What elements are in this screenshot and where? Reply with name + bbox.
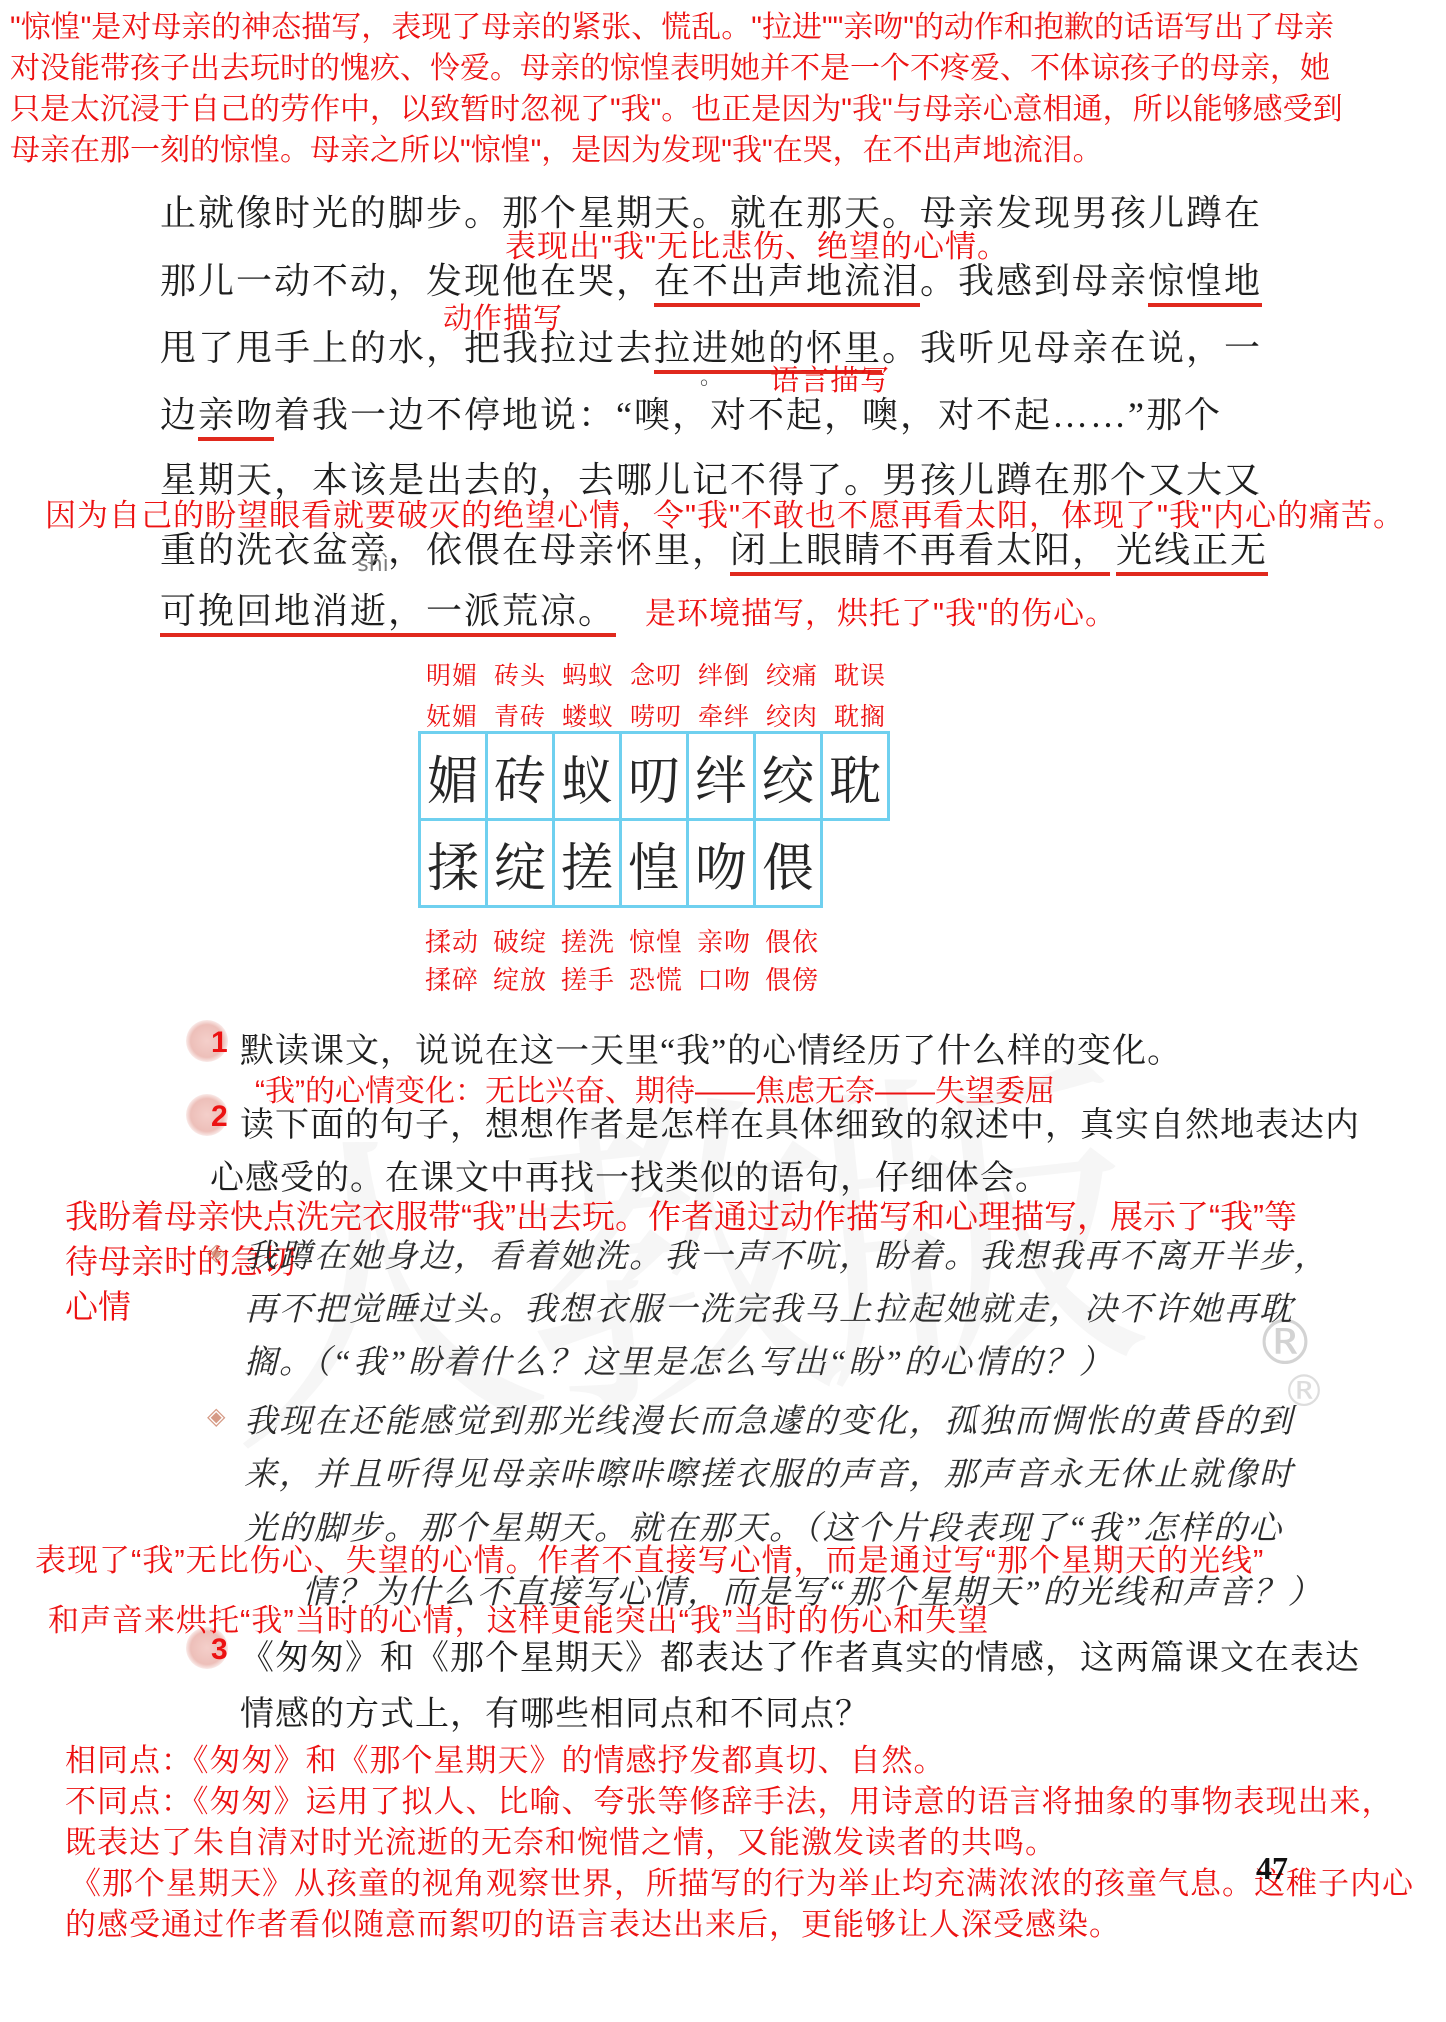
word: 耽搁 [826, 697, 894, 733]
word: 搓手 [554, 960, 622, 997]
passage-line: 可挽回地消逝，一派荒凉。 [160, 583, 616, 634]
passage-text: 甩了甩手上的水，把我拉过去 [160, 328, 654, 368]
grid-cell: 揉 [418, 818, 488, 908]
word: 绞痛 [758, 656, 826, 692]
passage-text: 那儿一动不动，发现他在哭， [160, 261, 654, 301]
underlined-text: 亲吻 [198, 395, 274, 441]
underlined-text: 在不出声地流泪 [654, 261, 920, 307]
excerpt-1-line: 我蹲在她身边，看着她洗。我一声不吭，盼着。我想我再不离开半步， [244, 1230, 1329, 1277]
word: 破绽 [486, 922, 554, 959]
grid-cell: 绞 [753, 731, 823, 821]
answer-3-line: 相同点：《匆匆》和《那个星期天》的情感抒发都真切、自然。 [65, 1735, 946, 1780]
underlined-text: 闭上眼睛不再看太阳， [730, 530, 1110, 576]
excerpt-1-line: 搁。（“我”盼着什么？这里是怎么写出“盼”的心情的？） [244, 1336, 1114, 1383]
character-grid-row-1: 媚砖蚁叨绊绞耽 [418, 731, 887, 821]
question-3-text: 情感的方式上，有哪些相同点和不同点？ [240, 1686, 870, 1735]
answer-3-line: 既表达了朱自清对时光流逝的无奈和惋惜之情，又能激发读者的共鸣。 [65, 1817, 1057, 1862]
annotation-excerpt-2: 和声音来烘托“我”当时的心情，这样更能突出“我”当时的伤心和失望 [48, 1595, 989, 1640]
word: 口吻 [690, 960, 758, 997]
character-grid-row-2: 揉绽搓惶吻偎 [418, 818, 820, 908]
question-2-number: 2 [211, 1100, 228, 1134]
passage-line: 重的洗衣盆旁，依偎在母亲怀里，闭上眼睛不再看太阳，光线正无 [160, 522, 1268, 573]
pinyin-shi: shì [352, 552, 394, 577]
word: 砖头 [486, 656, 554, 692]
question-1-text: 默读课文，说说在这一天里“我”的心情经历了什么样的变化。 [240, 1023, 1182, 1072]
passage-line: 那儿一动不动，发现他在哭，在不出声地流泪。我感到母亲惊惶地 [160, 253, 1262, 304]
grid-cell: 搓 [552, 818, 622, 908]
grid-cell: 砖 [485, 731, 555, 821]
grid-cell: 蚁 [552, 731, 622, 821]
answer-3-line: 的感受通过作者看似随意而絮叨的语言表达出来后，更能够让人深受感染。 [65, 1899, 1121, 1944]
word: 恐慌 [622, 960, 690, 997]
word-row-bottom-2: 揉碎绽放搓手恐慌口吻偎傍 [418, 960, 826, 997]
word: 妩媚 [418, 697, 486, 733]
excerpt-2-line: 我现在还能感觉到那光线漫长而急遽的变化，孤独而惆怅的黄昏的到 [244, 1395, 1294, 1442]
answer-3-line: 《那个星期天》从孩童的视角观察世界，所描写的行为举止均充满浓浓的孩童气息。这稚子… [70, 1858, 1414, 1903]
grid-cell: 媚 [418, 731, 488, 821]
word: 绞肉 [758, 697, 826, 733]
word: 绊倒 [690, 656, 758, 692]
word: 耽误 [826, 656, 894, 692]
grid-cell: 叨 [619, 731, 689, 821]
annotation-excerpt-2: 表现了“我”无比伤心、失望的心情。作者不直接写心情，而是通过写“那个星期天的光线… [35, 1535, 1264, 1580]
word: 偎傍 [758, 960, 826, 997]
top-note-line: "惊惶"是对母亲的神态描写，表现了母亲的紧张、慌乱。"拉进""亲吻"的动作和抱歉… [10, 7, 1334, 48]
annotation-environment: 是环境描写，烘托了"我"的伤心。 [645, 588, 1117, 633]
grid-cell: 惶 [619, 818, 689, 908]
word: 青砖 [486, 697, 554, 733]
textbook-page: 人教版 ® ® "惊惶"是对母亲的神态描写，表现了母亲的紧张、慌乱。"拉进""亲… [0, 0, 1446, 2022]
passage-text: 着我一边不停地说：“噢，对不起，噢，对不起……”那个 [274, 395, 1222, 435]
margin-note-line: 心情 [65, 1281, 131, 1328]
word: 揉动 [418, 922, 486, 959]
underlined-text: 可挽回地消逝，一派荒凉。 [160, 591, 616, 637]
passage-text: 边 [160, 395, 198, 435]
underlined-text: 惊惶地 [1148, 261, 1262, 307]
word: 亲吻 [690, 922, 758, 959]
word: 唠叨 [622, 697, 690, 733]
diamond-bullet-icon: ◈ [207, 1402, 225, 1431]
word-row-bottom-1: 揉动破绽搓洗惊惶亲吻偎依 [418, 922, 826, 959]
word: 牵绊 [690, 697, 758, 733]
grid-cell: 耽 [820, 731, 890, 821]
answer-3-line: 不同点：《匆匆》运用了拟人、比喻、夸张等修辞手法，用诗意的语言将抽象的事物表现出… [65, 1776, 1394, 1821]
word-row-top-1: 明媚砖头蚂蚁念叨绊倒绞痛耽误 [418, 656, 894, 692]
word: 蚂蚁 [554, 656, 622, 692]
question-1-number: 1 [211, 1026, 228, 1060]
word: 念叨 [622, 656, 690, 692]
excerpt-1-line: 再不把觉睡过头。我想衣服一洗完我马上拉起她就走，决不许她再耽 [244, 1283, 1294, 1330]
word: 搓洗 [554, 922, 622, 959]
word: 绽放 [486, 960, 554, 997]
grid-cell: 绊 [686, 731, 756, 821]
word-row-top-2: 妩媚青砖蝼蚁唠叨牵绊绞肉耽搁 [418, 697, 894, 733]
page-number: 47 [1256, 1850, 1288, 1887]
word: 蝼蚁 [554, 697, 622, 733]
grid-cell: 偎 [753, 818, 823, 908]
underlined-text: 光线正无 [1116, 530, 1268, 576]
question-2-text: 读下面的句子，想想作者是怎样在具体细致的叙述中，真实自然地表达内 [240, 1097, 1360, 1146]
excerpt-2-line: 来，并且听得见母亲咔嚓咔嚓搓衣服的声音，那声音永无休止就像时 [244, 1448, 1294, 1495]
passage-line: 边亲吻着我一边不停地说：“噢，对不起，噢，对不起……”那个 [160, 387, 1222, 438]
passage-text: 重的洗衣盆旁，依偎在母亲怀里， [160, 530, 730, 570]
word: 偎依 [758, 922, 826, 959]
grid-cell: 绽 [485, 818, 555, 908]
passage-text: 。我听见母亲在说，一 [882, 328, 1262, 368]
top-note-line: 对没能带孩子出去玩时的愧疚、怜爱。母亲的惊惶表明她并不是一个不疼爱、不体谅孩子的… [10, 48, 1330, 89]
word: 揉碎 [418, 960, 486, 997]
top-note-line: 只是太沉浸于自己的劳作中，以致暂时忽视了"我"。也正是因为"我"与母亲心意相通，… [10, 89, 1343, 130]
top-note-line: 母亲在那一刻的惊惶。母亲之所以"惊惶"，是因为发现"我"在哭，在不出声地流泪。 [10, 130, 1103, 171]
word: 惊惶 [622, 922, 690, 959]
grid-cell: 吻 [686, 818, 756, 908]
word: 明媚 [418, 656, 486, 692]
diamond-bullet-icon: ◈ [207, 1238, 225, 1267]
passage-text: 。我感到母亲 [920, 261, 1148, 301]
